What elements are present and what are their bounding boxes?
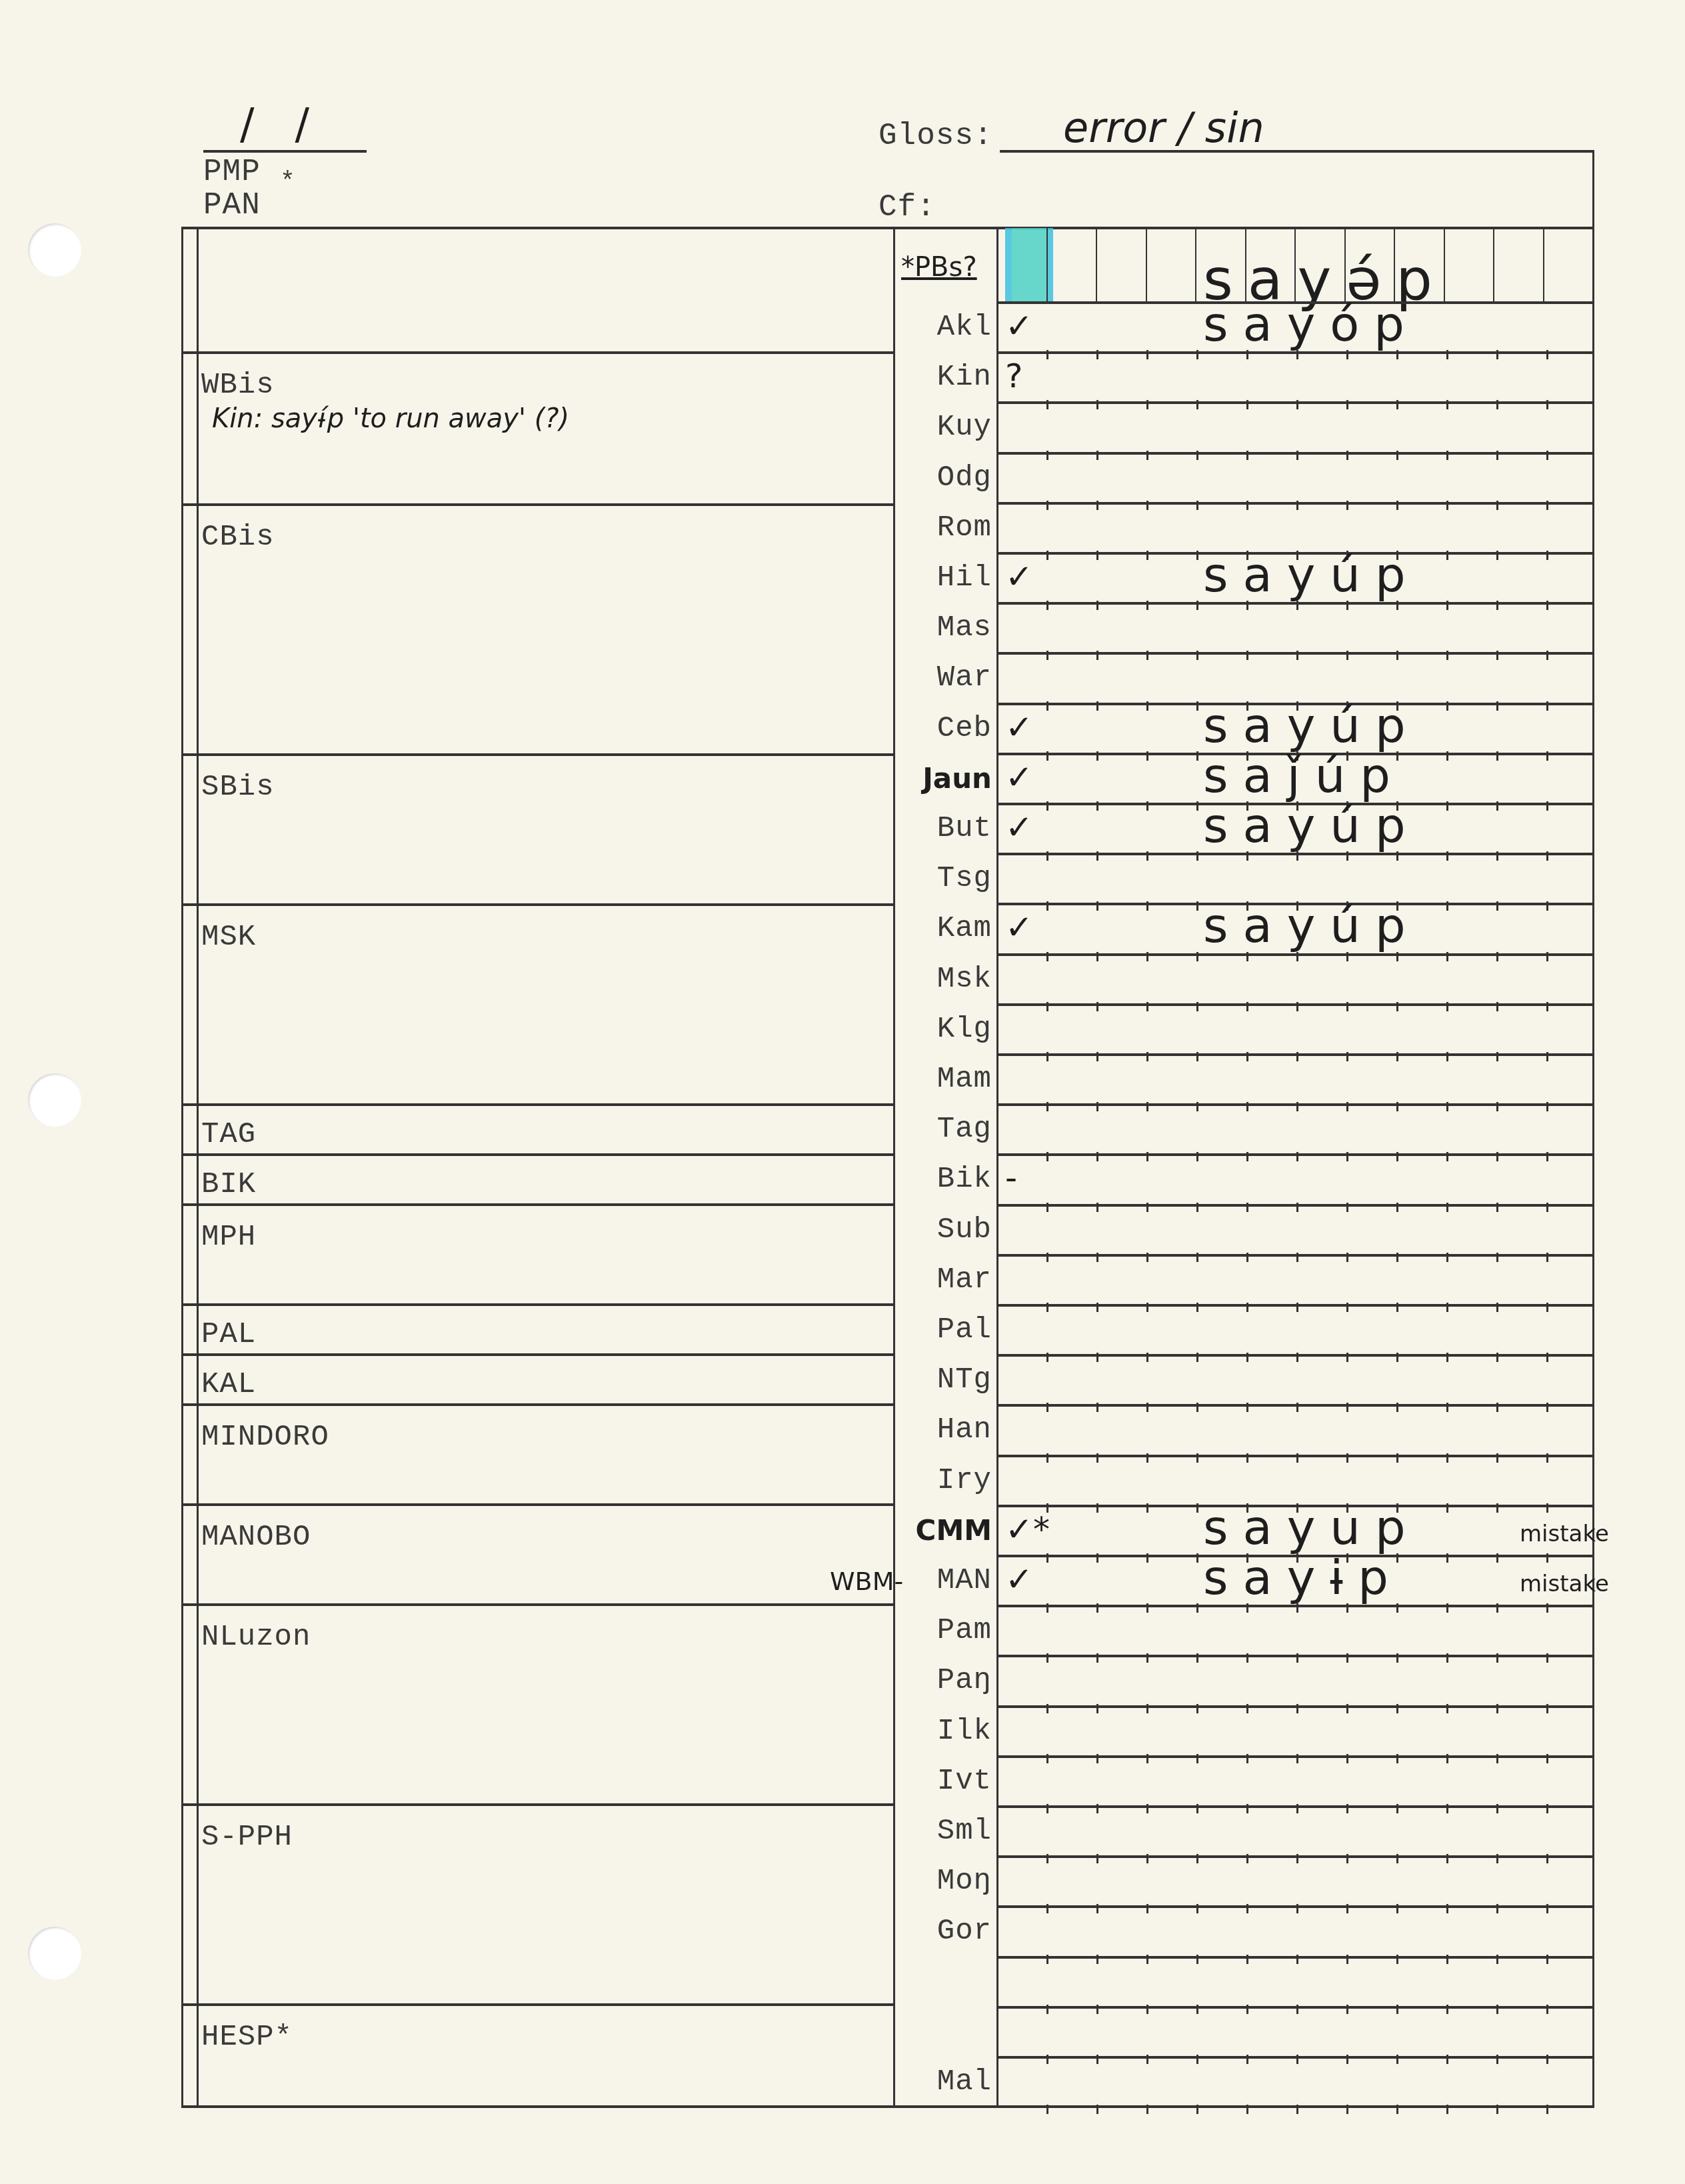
cognate-mark[interactable]: ✓ xyxy=(1005,557,1033,596)
row-tick xyxy=(1196,701,1198,711)
reflex-form[interactable]: sayúp xyxy=(1203,547,1420,603)
row-tick xyxy=(1396,1403,1398,1412)
row-tick xyxy=(1346,1854,1348,1863)
row-tick xyxy=(1046,1052,1048,1061)
row-tick xyxy=(1296,1152,1298,1161)
row-tick xyxy=(1146,2055,1148,2064)
language-code: Hil xyxy=(892,561,992,595)
row-tick xyxy=(1446,1904,1448,1913)
section-divider xyxy=(181,1603,893,1606)
row-tick xyxy=(1496,1453,1498,1463)
row-tick xyxy=(1146,1253,1148,1262)
row-tick xyxy=(1196,1603,1198,1613)
language-code: Bik xyxy=(892,1163,992,1196)
row-tick xyxy=(1096,2005,1098,2014)
row-tick xyxy=(1446,1804,1448,1813)
row-tick xyxy=(1346,1152,1348,1161)
row-tick xyxy=(1346,1904,1348,1913)
header-column-divider xyxy=(1146,228,1147,301)
row-tick xyxy=(1246,1303,1248,1312)
cognate-mark[interactable]: ✓ xyxy=(1005,1560,1033,1599)
row-tick xyxy=(1046,851,1048,861)
language-code: Kin xyxy=(892,361,992,394)
row-tick xyxy=(1046,1804,1048,1813)
row-tick xyxy=(1346,1353,1348,1362)
row-tick xyxy=(1046,1754,1048,1763)
row-tick xyxy=(1296,651,1298,660)
row-line xyxy=(996,1855,1594,1858)
row-tick xyxy=(1546,1904,1548,1913)
row-tick xyxy=(1146,1754,1148,1763)
row-tick xyxy=(1096,851,1098,861)
row-tick xyxy=(1396,1303,1398,1312)
row-tick xyxy=(1196,952,1198,961)
reflex-form[interactable]: sayúp xyxy=(1203,697,1420,753)
row-tick xyxy=(1096,2105,1098,2114)
row-tick xyxy=(1296,2105,1298,2114)
row-tick xyxy=(1146,701,1148,711)
row-line xyxy=(996,652,1594,655)
row-tick xyxy=(1446,2005,1448,2014)
section-label-sbis: SBis xyxy=(201,771,275,804)
row-tick xyxy=(1196,1002,1198,1011)
language-code: Moŋ xyxy=(892,1865,992,1898)
row-tick xyxy=(1346,501,1348,510)
row-tick xyxy=(1446,851,1448,861)
row-tick xyxy=(1446,501,1448,510)
row-tick xyxy=(1496,901,1498,911)
row-tick xyxy=(1046,400,1048,409)
cognate-mark[interactable]: ? xyxy=(1005,357,1023,395)
language-code: Gor xyxy=(892,1915,992,1948)
row-tick xyxy=(1446,1754,1448,1763)
row-tick xyxy=(1096,1804,1098,1813)
row-tick xyxy=(1196,1854,1198,1863)
row-tick xyxy=(1546,1203,1548,1212)
row-tick xyxy=(1096,952,1098,961)
row-tick xyxy=(1046,1904,1048,1913)
row-tick xyxy=(1196,1553,1198,1563)
language-code: Jaun xyxy=(892,762,992,795)
row-tick xyxy=(1446,2055,1448,2064)
row-tick xyxy=(1046,1403,1048,1412)
row-line xyxy=(996,1304,1594,1307)
row-tick xyxy=(1096,1052,1098,1061)
row-tick xyxy=(1146,400,1148,409)
row-tick xyxy=(1546,1253,1548,1262)
row-tick xyxy=(1196,1653,1198,1663)
row-tick xyxy=(1546,1052,1548,1061)
row-tick xyxy=(1446,601,1448,610)
row-tick xyxy=(1096,1955,1098,1964)
gloss-value[interactable]: error / sin xyxy=(1063,103,1264,152)
row-tick xyxy=(1546,801,1548,811)
row-tick xyxy=(1546,1804,1548,1813)
row-tick xyxy=(1446,1403,1448,1412)
row-tick xyxy=(1546,1102,1548,1111)
row-tick xyxy=(1496,1303,1498,1312)
row-tick xyxy=(1546,1955,1548,1964)
row-tick xyxy=(1346,1754,1348,1763)
row-tick xyxy=(1296,2055,1298,2064)
row-line xyxy=(996,1805,1594,1808)
cognate-mark[interactable]: ✓ xyxy=(1005,708,1033,747)
row-tick xyxy=(1246,1403,1248,1412)
row-tick xyxy=(1496,1904,1498,1913)
frame-top xyxy=(181,227,1594,229)
row-tick xyxy=(1546,400,1548,409)
row-tick xyxy=(1446,1002,1448,1011)
row-tick xyxy=(1146,1553,1148,1563)
row-line xyxy=(996,1254,1594,1257)
row-tick xyxy=(1496,2005,1498,2014)
row-tick xyxy=(1146,1152,1148,1161)
row-tick xyxy=(1096,1203,1098,1212)
row-tick xyxy=(1296,451,1298,460)
row-tick xyxy=(1446,1353,1448,1362)
row-tick xyxy=(1196,901,1198,911)
row-tick xyxy=(1446,801,1448,811)
row-tick xyxy=(1096,1754,1098,1763)
row-line xyxy=(996,1705,1594,1708)
section-divider xyxy=(181,1303,893,1306)
row-tick xyxy=(1346,2105,1348,2114)
section-divider xyxy=(181,1203,893,1206)
cognate-mark[interactable]: ✓ xyxy=(1005,758,1033,797)
row-tick xyxy=(1446,1453,1448,1463)
row-tick xyxy=(1046,1102,1048,1111)
row-tick xyxy=(1296,400,1298,409)
row-tick xyxy=(1196,1704,1198,1713)
row-tick xyxy=(1096,651,1098,660)
language-code: CMM xyxy=(892,1514,992,1547)
row-tick xyxy=(1146,551,1148,560)
row-tick xyxy=(1046,1854,1048,1863)
row-tick xyxy=(1446,1653,1448,1663)
language-code: Msk xyxy=(892,963,992,996)
row-tick xyxy=(1046,1955,1048,1964)
row-tick xyxy=(1396,1253,1398,1262)
section-divider xyxy=(181,351,893,354)
row-tick xyxy=(1496,1102,1498,1111)
language-code: Paŋ xyxy=(892,1664,992,1697)
row-tick xyxy=(1496,1854,1498,1863)
row-tick xyxy=(1196,1754,1198,1763)
language-code: Mam xyxy=(892,1063,992,1096)
row-line xyxy=(996,2006,1594,2009)
proto-label-pmp: PMP xyxy=(203,155,261,189)
row-tick xyxy=(1496,851,1498,861)
section-divider xyxy=(181,903,893,906)
row-tick xyxy=(1246,400,1248,409)
row-tick xyxy=(1146,451,1148,460)
row-tick xyxy=(1346,1002,1348,1011)
section-label-s-pph: S-PPH xyxy=(201,1821,293,1854)
row-tick xyxy=(1346,400,1348,409)
row-tick xyxy=(1496,551,1498,560)
section-note[interactable]: Kin: sayɨ́p 'to run away' (?) xyxy=(212,403,569,434)
row-tick xyxy=(1296,1002,1298,1011)
row-tick xyxy=(1496,1503,1498,1513)
row-tick xyxy=(1446,1102,1448,1111)
row-tick xyxy=(1546,1603,1548,1613)
row-tick xyxy=(1396,451,1398,460)
section-divider xyxy=(181,503,893,506)
header-column-divider xyxy=(1096,228,1097,301)
row-tick xyxy=(1546,1002,1548,1011)
row-tick xyxy=(1496,651,1498,660)
gloss-label: Gloss: xyxy=(878,119,993,153)
row-tick xyxy=(1446,1603,1448,1613)
row-tick xyxy=(1246,1804,1248,1813)
row-tick xyxy=(1496,1653,1498,1663)
language-code: Pam xyxy=(892,1614,992,1647)
cf-label: Cf: xyxy=(878,190,936,225)
header-column-divider xyxy=(1344,228,1346,301)
row-tick xyxy=(1296,1403,1298,1412)
row-tick xyxy=(1046,1653,1048,1663)
row-tick xyxy=(1046,751,1048,761)
row-tick xyxy=(1346,1403,1348,1412)
row-tick xyxy=(1246,2105,1248,2114)
row-tick xyxy=(1546,851,1548,861)
row-tick xyxy=(1096,1253,1098,1262)
row-line xyxy=(996,1053,1594,1056)
row-tick xyxy=(1496,1704,1498,1713)
row-tick xyxy=(1046,952,1048,961)
row-tick xyxy=(1146,1704,1148,1713)
row-line xyxy=(996,1455,1594,1457)
row-tick xyxy=(1096,1152,1098,1161)
row-tick xyxy=(1096,1503,1098,1513)
row-line xyxy=(996,1404,1594,1407)
row-tick xyxy=(1496,1052,1498,1061)
row-line xyxy=(996,1956,1594,1959)
row-tick xyxy=(1196,551,1198,560)
section-divider xyxy=(181,1803,893,1806)
row-tick xyxy=(1396,2055,1398,2064)
row-tick xyxy=(1096,1653,1098,1663)
section-divider xyxy=(181,1403,893,1406)
row-tick xyxy=(1446,1503,1448,1513)
row-tick xyxy=(1196,751,1198,761)
row-tick xyxy=(1146,952,1148,961)
row-tick xyxy=(1346,451,1348,460)
row-tick xyxy=(1446,400,1448,409)
row-tick xyxy=(1146,901,1148,911)
row-line xyxy=(996,1003,1594,1006)
row-tick xyxy=(1096,400,1098,409)
row-tick xyxy=(1296,1353,1298,1362)
row-tick xyxy=(1496,1603,1498,1613)
row-tick xyxy=(1246,1102,1248,1111)
row-tick xyxy=(1096,501,1098,510)
cognate-mark[interactable]: - xyxy=(1005,1159,1017,1197)
reflex-form[interactable]: sayúp xyxy=(1203,897,1420,953)
row-tick xyxy=(1196,1152,1198,1161)
section-divider xyxy=(181,2003,893,2006)
row-tick xyxy=(1296,2005,1298,2014)
row-tick xyxy=(1546,1704,1548,1713)
row-tick xyxy=(1246,2005,1248,2014)
row-tick xyxy=(1396,1804,1398,1813)
row-tick xyxy=(1146,1453,1148,1463)
row-tick xyxy=(1096,801,1098,811)
cognate-mark[interactable]: ✓ xyxy=(1005,307,1033,345)
reflex-form[interactable]: sayɨp xyxy=(1203,1549,1403,1605)
row-line xyxy=(996,1655,1594,1657)
row-tick xyxy=(1546,1854,1548,1863)
header-column-divider xyxy=(1294,228,1296,301)
cognate-mark[interactable]: ✓* xyxy=(1005,1510,1050,1549)
row-line xyxy=(996,452,1594,455)
row-tick xyxy=(1496,1353,1498,1362)
row-tick xyxy=(1196,1503,1198,1513)
row-tick xyxy=(1046,501,1048,510)
row-tick xyxy=(1096,1303,1098,1312)
language-code: Mas xyxy=(892,611,992,645)
row-line xyxy=(996,1204,1594,1207)
row-tick xyxy=(1446,1253,1448,1262)
row-tick xyxy=(1296,1453,1298,1463)
cognate-mark[interactable]: ✓ xyxy=(1005,908,1033,947)
row-tick xyxy=(1096,1904,1098,1913)
row-tick xyxy=(1446,451,1448,460)
row-line xyxy=(996,1354,1594,1357)
row-tick xyxy=(1446,1152,1448,1161)
row-tick xyxy=(1046,451,1048,460)
row-tick xyxy=(1096,1353,1098,1362)
row-tick xyxy=(1546,1453,1548,1463)
row-tick xyxy=(1496,1955,1498,1964)
language-code: Tsg xyxy=(892,862,992,895)
row-tick xyxy=(1196,501,1198,510)
section-label-mindoro: MINDORO xyxy=(201,1421,329,1454)
reflex-form[interactable]: saǰúp xyxy=(1203,747,1405,803)
row-tick xyxy=(1146,1653,1148,1663)
section-divider xyxy=(181,1153,893,1156)
row-tick xyxy=(1246,2055,1248,2064)
row-tick xyxy=(1546,1553,1548,1563)
punch-hole xyxy=(28,223,81,277)
row-tick xyxy=(1396,1353,1398,1362)
row-tick xyxy=(1246,501,1248,510)
row-tick xyxy=(1046,1303,1048,1312)
row-tick xyxy=(1146,2005,1148,2014)
row-tick xyxy=(1546,1303,1548,1312)
language-code: Pal xyxy=(892,1313,992,1347)
row-tick xyxy=(1246,1704,1248,1713)
row-line xyxy=(996,1103,1594,1106)
language-code: Kuy xyxy=(892,411,992,444)
row-tick xyxy=(1546,1754,1548,1763)
row-tick xyxy=(1396,1653,1398,1663)
row-line xyxy=(996,2056,1594,2059)
row-tick xyxy=(1146,651,1148,660)
row-tick xyxy=(1496,1553,1498,1563)
row-tick xyxy=(1146,601,1148,610)
frame-bottom xyxy=(181,2105,1594,2108)
row-tick xyxy=(1196,1453,1198,1463)
row-tick xyxy=(1196,1303,1198,1312)
row-tick xyxy=(1196,1102,1198,1111)
row-tick xyxy=(1046,801,1048,811)
row-line xyxy=(996,1153,1594,1156)
row-tick xyxy=(1196,400,1198,409)
cognate-mark[interactable]: ✓ xyxy=(1005,808,1033,847)
row-tick xyxy=(1546,451,1548,460)
row-tick xyxy=(1296,1052,1298,1061)
section-label-wbis: WBis xyxy=(201,369,275,402)
row-tick xyxy=(1346,1704,1348,1713)
date-slashes: / / xyxy=(240,100,309,149)
reflex-form[interactable]: sayóp xyxy=(1203,296,1419,352)
row-tick xyxy=(1446,651,1448,660)
row-tick xyxy=(1346,1653,1348,1663)
row-line xyxy=(996,1755,1594,1758)
header-column-divider xyxy=(1493,228,1494,301)
language-code: Klg xyxy=(892,1013,992,1046)
reflex-form[interactable]: sayup xyxy=(1203,1499,1420,1555)
section-label-pal: PAL xyxy=(201,1318,256,1351)
language-code: Mal xyxy=(892,2065,992,2099)
row-tick xyxy=(1196,851,1198,861)
row-tick xyxy=(1296,1704,1298,1713)
row-tick xyxy=(1296,1754,1298,1763)
row-tick xyxy=(1446,1553,1448,1563)
row-tick xyxy=(1096,701,1098,711)
section-divider xyxy=(181,753,893,756)
row-tick xyxy=(1046,1152,1048,1161)
row-tick xyxy=(1396,1102,1398,1111)
row-tick xyxy=(1146,501,1148,510)
row-tick xyxy=(1146,1052,1148,1061)
row-tick xyxy=(1296,1955,1298,1964)
row-tick xyxy=(1546,1152,1548,1161)
row-tick xyxy=(1296,1203,1298,1212)
row-tick xyxy=(1046,651,1048,660)
row-comment: mistake xyxy=(1520,1521,1609,1547)
row-line xyxy=(996,502,1594,505)
reflex-form[interactable]: sayúp xyxy=(1203,797,1420,853)
row-tick xyxy=(1096,1854,1098,1863)
row-tick xyxy=(1146,751,1148,761)
row-tick xyxy=(1396,1002,1398,1011)
row-tick xyxy=(1046,2055,1048,2064)
row-tick xyxy=(1146,1303,1148,1312)
row-tick xyxy=(1246,1904,1248,1913)
row-tick xyxy=(1046,901,1048,911)
header-column-divider xyxy=(1394,228,1395,301)
row-tick xyxy=(1496,350,1498,359)
row-tick xyxy=(1096,350,1098,359)
row-tick xyxy=(1046,701,1048,711)
row-tick xyxy=(1146,2105,1148,2114)
row-tick xyxy=(1396,2105,1398,2114)
language-code: Ivt xyxy=(892,1765,992,1798)
row-tick xyxy=(1496,952,1498,961)
row-tick xyxy=(1196,1904,1198,1913)
row-tick xyxy=(1346,1102,1348,1111)
frame-left-inner xyxy=(197,227,199,2107)
row-tick xyxy=(1146,1955,1148,1964)
row-tick xyxy=(1496,501,1498,510)
row-tick xyxy=(1296,1102,1298,1111)
section-label-nluzon: NLuzon xyxy=(201,1621,311,1654)
row-line xyxy=(996,1905,1594,1908)
row-tick xyxy=(1096,1453,1098,1463)
row-tick xyxy=(1046,1002,1048,1011)
